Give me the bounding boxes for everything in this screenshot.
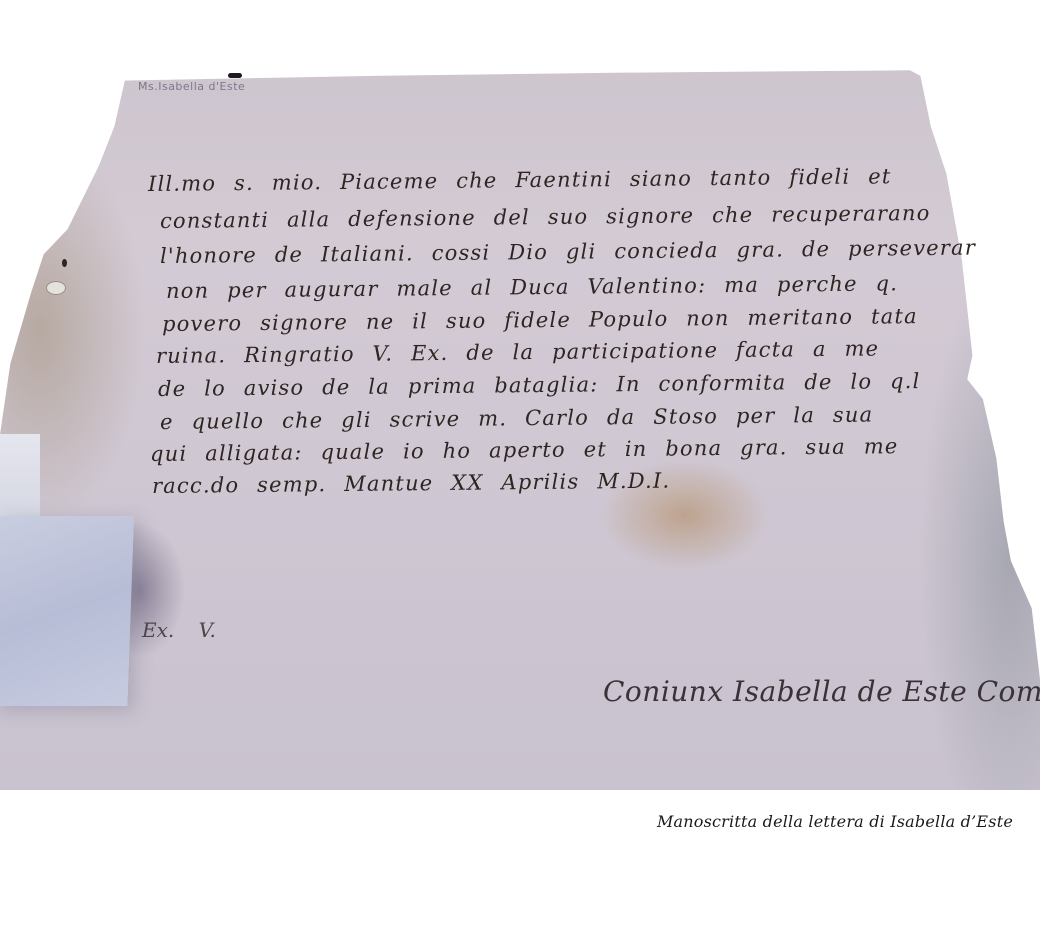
- binding-hole: [46, 281, 66, 295]
- manuscript-photo: Ms.Isabella d'Este Ill.mo s. mio. Piacem…: [0, 0, 1040, 790]
- signature: Coniunx Isabella de Este Commend.: [603, 675, 1040, 708]
- archive-label: Ms.Isabella d'Este: [138, 80, 245, 93]
- image-caption: Manoscritta della lettera di Isabella d’…: [657, 812, 1013, 831]
- repair-tape: [0, 516, 134, 706]
- letter-closing: Ex. V.: [142, 618, 216, 642]
- binding-dot: [62, 259, 67, 267]
- ink-mark: [228, 73, 242, 78]
- repair-tape-top: [0, 434, 40, 520]
